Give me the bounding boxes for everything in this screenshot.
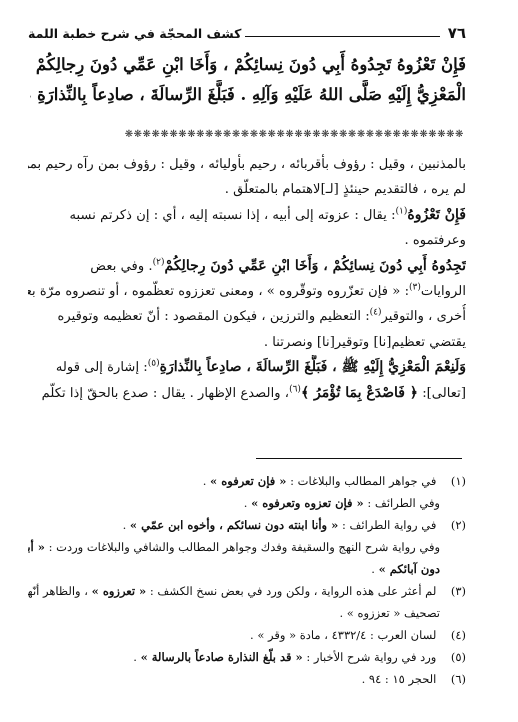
body-line: فَإِنْ تَعْزُوهُ(١): يقال : عزوته إلى أب… [28,203,466,228]
page-number: ٧٦ [448,24,466,42]
footnote-ref[interactable]: (٣) [409,283,421,293]
footnote-text: . [133,650,137,664]
body-text: : « فإن تعزّروه وتوقّروه » ، ومعنى تعززو… [28,284,409,299]
body-text: : إشارة إلى قوله [56,360,148,375]
footnote-quote: دون آبائكم » [379,562,440,576]
footnote-text: وفي الطرائف : [364,496,440,510]
footnote-item: (٢) في رواية الطرائف : « وأنا ابنته دون … [28,514,466,580]
footnote-item: (٥) ورد في رواية شرح الأخبار : « قد بلّغ… [28,646,466,668]
body-text: [تعالى]: [418,386,466,401]
footnote-line: (٥) ورد في رواية شرح الأخبار : « قد بلّغ… [28,646,466,668]
body-line: وعرفتموه . [28,228,466,253]
footnote-text: . [244,496,248,510]
footnotes: (١) في جواهر المطالب والبلاغات : « فإن ت… [28,470,466,690]
quote-line: فَإِنْ تَعْزُوهُ تَجِدُوهُ أَبِي دُونَ ن… [30,50,466,80]
footnote-item: (٤) لسان العرب : ٤٣٣٢/٤ ، مادة « وقر » . [28,624,466,646]
footnote-number: (٢) [440,514,466,536]
body-line: تَجِدُوهُ أَبِي دُونَ نِسائِكُمْ ، وَأَخ… [28,254,466,279]
lemma: وَلَنِعْمَ الْمَعْزِيُّ إِلَيْهِ ﷺ ، فَب… [160,359,466,375]
footnote-line: تصحيف « تعززوه » . [28,602,466,624]
quote-line: الْمَعْزِيُّ إِلَيْهِ صَلَّى اللهُ عَلَي… [30,80,466,110]
footnote-number: (٥) [440,646,466,668]
footnote-quote: « تعرزوه » [92,584,147,598]
footnote-quote: « أبي [28,540,45,554]
footnote-quote: « فإن تعزوه وتعرفوه » [251,496,364,510]
footnote-text: . [123,518,127,532]
body-line: بالمذنبين ، وقيل : رؤوف بأقربائه ، رحيم … [28,152,466,177]
footnote-text: ورد في رواية شرح الأخبار : [303,650,437,664]
footnote-line: (٦) الحجر ١٥ : ٩٤ . [28,668,466,690]
lemma: تَجِدُوهُ أَبِي دُونَ نِسائِكُمْ ، وَأَخ… [165,258,467,274]
commentary-body: بالمذنبين ، وقيل : رؤوف بأقربائه ، رحيم … [28,152,466,406]
header-rule [245,36,439,37]
footnote-text: الحجر ١٥ : ٩٤ . [362,672,437,686]
footnote-line: وفي الطرائف : « فإن تعزوه وتعرفوه » . [28,492,466,514]
body-text: : يقال : عزوته إلى أبيه ، إذا نسبته إليه… [69,208,395,223]
book-page: ٧٦ كشف المحجّة في شرح خطبة اللمة فَإِنْ … [0,0,518,722]
body-line: يقتضي تعظيم[نا] وتوقير[نا] ونصرتنا . [28,330,466,355]
body-text: . وفي بعض [90,259,152,274]
body-line: لم يره ، فالتقديم حينئذٍ [لـ]لاهتمام بال… [28,177,466,202]
lemma: فَإِنْ تَعْزُوهُ [407,207,466,223]
footnote-line: (٢) في رواية الطرائف : « وأنا ابنته دون … [28,514,466,536]
footnote-text: تصحيف « تعززوه » . [339,606,440,620]
running-title: كشف المحجّة في شرح خطبة اللمة [28,26,241,41]
body-line: أُخرى ، والتوقير(٤): التعظيم والترزين ، … [28,304,466,329]
body-line: [تعالى]: ﴿ فَاصْدَعْ بِمَا تُؤْمَرُ ﴾(٦)… [28,381,466,406]
footnote-number: (٦) [440,668,466,690]
body-text: ، والصدع الإظهار . يقال : صدع بالحقّ إذا… [42,386,290,401]
footnote-text: ، والظاهر أنّها [28,584,88,598]
body-text: : التعظيم والترزين ، فيكون المقصود : أنّ… [57,309,369,324]
footnote-quote: « وأنا ابنته دون نسائكم ، وأخوه ابن عمّي… [130,518,338,532]
footnote-text: . [371,562,375,576]
body-line: وَلَنِعْمَ الْمَعْزِيُّ إِلَيْهِ ﷺ ، فَب… [28,355,466,380]
footnote-ref[interactable]: (١) [396,206,408,216]
footnote-text: في جواهر المطالب والبلاغات : [286,474,436,488]
footnote-text: لم أعثر على هذه الرواية ، ولكن ورد في بع… [146,584,436,598]
footnote-ref[interactable]: (٢) [153,257,165,267]
footnote-quote: « فإن تعرفوه » [210,474,286,488]
footnote-line: (٣) لم أعثر على هذه الرواية ، ولكن ورد ف… [28,580,466,602]
footnote-text: وفي رواية شرح النهج والسقيفة وفدك وجواهر… [45,540,440,554]
body-text: أُخرى ، والتوقير [382,309,466,324]
footnote-ref[interactable]: (٦) [289,384,301,394]
footnote-number: (٣) [440,580,466,602]
footnote-line: (٤) لسان العرب : ٤٣٣٢/٤ ، مادة « وقر » . [28,624,466,646]
sermon-quote: فَإِنْ تَعْزُوهُ تَجِدُوهُ أَبِي دُونَ ن… [30,50,466,110]
footnote-item: (١) في جواهر المطالب والبلاغات : « فإن ت… [28,470,466,514]
footnote-text: في رواية الطرائف : [338,518,436,532]
footnote-line: دون آبائكم » . [28,558,466,580]
footnote-separator [256,458,462,459]
footnote-quote: « قد بلّغ النذارة صادعاً بالرسالة » [141,650,303,664]
footnote-number: (٤) [440,624,466,646]
footnote-item: (٣) لم أعثر على هذه الرواية ، ولكن ورد ف… [28,580,466,624]
footnote-item: (٦) الحجر ١٥ : ٩٤ . [28,668,466,690]
running-header: ٧٦ كشف المحجّة في شرح خطبة اللمة [28,22,466,44]
footnote-line: وفي رواية شرح النهج والسقيفة وفدك وجواهر… [28,536,466,558]
footnote-line: (١) في جواهر المطالب والبلاغات : « فإن ت… [28,470,466,492]
footnote-text: . [203,474,207,488]
footnote-ref[interactable]: (٤) [370,308,382,318]
ornament-divider: ❋❋❋❋❋❋❋❋❋❋❋❋❋❋❋❋❋❋❋❋❋❋❋❋❋❋❋❋❋❋❋❋❋❋❋❋❋❋ [52,127,464,143]
footnote-number: (١) [440,470,466,492]
body-line: الروايات(٣): « فإن تعزّروه وتوقّروه » ، … [28,279,466,304]
quran-verse: ﴿ فَاصْدَعْ بِمَا تُؤْمَرُ ﴾ [301,385,418,401]
body-text: الروايات [421,284,466,299]
footnote-text: لسان العرب : ٤٣٣٢/٤ ، مادة « وقر » . [250,628,436,642]
footnote-ref[interactable]: (٥) [148,359,160,369]
